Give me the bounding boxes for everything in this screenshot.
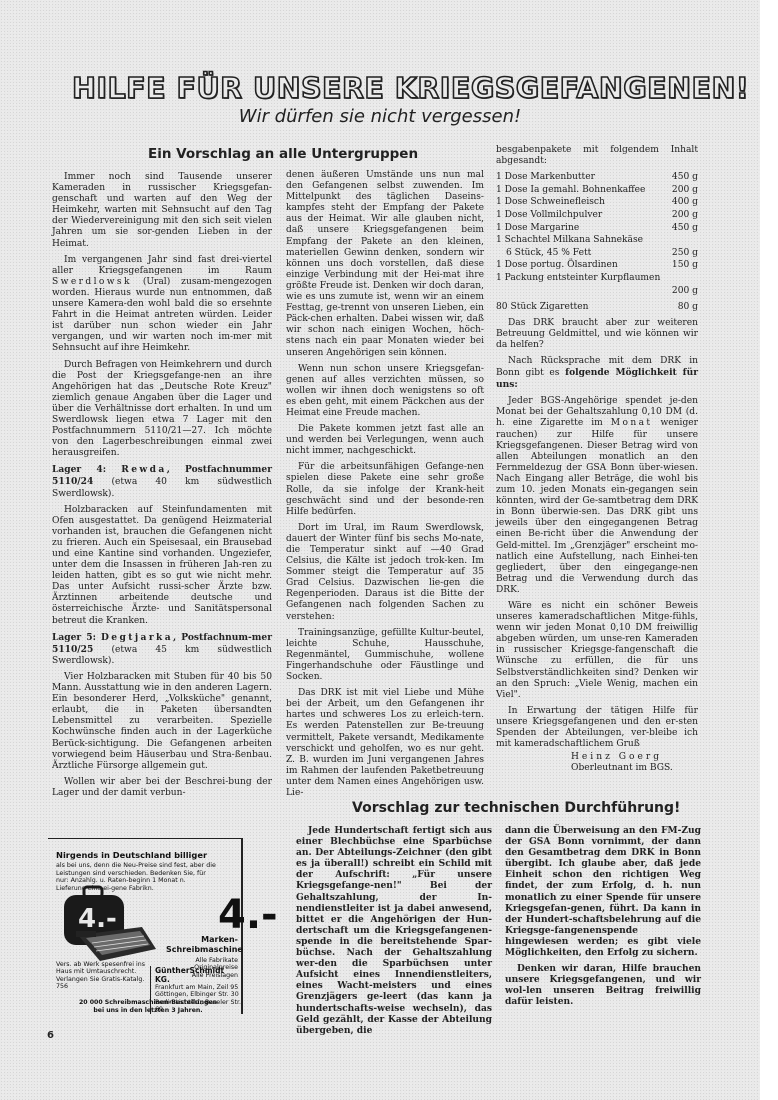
paragraph: Das DRK braucht aber zur weiteren Betreu… bbox=[496, 318, 698, 351]
section-title-proposal: Ein Vorschlag an alle Untergruppen bbox=[148, 146, 418, 162]
typewriter-advertisement: Nirgends in Deutschland billiger als bei… bbox=[48, 838, 243, 1014]
list-item: 80 Stück Zigaretten80 g bbox=[496, 302, 698, 313]
paragraph: In Erwartung der tätigen Hilfe für unser… bbox=[496, 706, 698, 750]
page-number: 6 bbox=[47, 1030, 54, 1041]
list-item: 1 Dose portug. Ölsardinen150 g bbox=[496, 260, 698, 271]
ad-headline: Nirgends in Deutschland billiger bbox=[56, 850, 207, 860]
paragraph: Dort im Ural, im Raum Swerdlowsk, dauert… bbox=[286, 523, 484, 623]
list-item: 1 Dose Vollmilchpulver200 g bbox=[496, 210, 698, 221]
typewriter-case-icon: 4.- bbox=[56, 883, 168, 963]
ad-product: Marken-Schreibmaschine bbox=[166, 935, 238, 955]
section-title-technical: Vorschlag zur technischen Durchführung! bbox=[352, 800, 680, 816]
list-item: 1 Dose Margarine450 g bbox=[496, 223, 698, 234]
camp-heading-lager5: Lager 5: Degtjarka, Postfachnum-mer 5110… bbox=[52, 632, 272, 667]
paragraph: Denken wir daran, Hilfe brauchen unsere … bbox=[505, 963, 701, 1007]
paragraph: Das DRK ist mit viel Liebe und Mühe bei … bbox=[286, 688, 484, 799]
package-contents-list: 1 Dose Markenbutter450 g 1 Dose Ia gemah… bbox=[496, 172, 698, 313]
list-item: 200 g bbox=[496, 286, 698, 297]
technical-column-2: dann die Überweisung an den FM-Zug der G… bbox=[505, 825, 701, 1013]
paragraph: Jeder BGS-Angehörige spendet je-den Mona… bbox=[496, 396, 698, 596]
svg-text:4.-: 4.- bbox=[78, 904, 117, 934]
signature-name: Heinz Goerg bbox=[571, 752, 698, 763]
ad-address: Frankfurt am Main, Zeil 95 bbox=[155, 984, 241, 991]
technical-column-1: Jede Hundertschaft fertigt sich aus eine… bbox=[296, 825, 492, 1041]
page-headline: HILFE FÜR UNSERE KRIEGSGEFANGENEN! bbox=[72, 72, 722, 105]
paragraph: dann die Überweisung an den FM-Zug der G… bbox=[505, 825, 701, 958]
paragraph: Wäre es nicht ein schöner Beweis unseres… bbox=[496, 601, 698, 701]
ad-company-name: GüntherSchmidt KG. bbox=[155, 966, 241, 984]
paragraph: Holzbaracken auf Steinfundamenten mit Of… bbox=[52, 505, 272, 627]
paragraph: Nach Rücksprache mit dem DRK in Bonn gib… bbox=[496, 356, 698, 391]
ad-shipping: Vers. ab Werk spesenfrei ins Haus mit Um… bbox=[56, 961, 148, 991]
ad-address: Göttingen, Elbinger Str. 30 bbox=[155, 991, 241, 998]
article-column-1: Immer noch sind Tausende unserer Kamerad… bbox=[52, 172, 272, 804]
list-item: 6 Stück, 45 % Fett250 g bbox=[496, 248, 698, 259]
list-item: 1 Packung entsteinter Kurpflaumen bbox=[496, 273, 698, 284]
ad-footer: 20 000 Schreibmaschinen-Bestellungen bei… bbox=[58, 999, 238, 1014]
article-column-2: denen äußeren Umstände uns nun mal den G… bbox=[286, 170, 484, 804]
ad-price: 4.- bbox=[218, 895, 278, 935]
page-subheadline: Wir dürfen sie nicht vergessen! bbox=[220, 106, 540, 127]
paragraph: Wollen wir aber bei der Beschrei-bung de… bbox=[52, 777, 272, 799]
paragraph: Immer noch sind Tausende unserer Kamerad… bbox=[52, 172, 272, 250]
paragraph: Vier Holzbaracken mit Stuben für 40 bis … bbox=[52, 672, 272, 772]
paragraph: Durch Befragen von Heimkehrern und durch… bbox=[52, 360, 272, 460]
paragraph: Für die arbeitsunfähigen Gefange-nen spi… bbox=[286, 462, 484, 517]
list-item: 1 Dose Markenbutter450 g bbox=[496, 172, 698, 183]
camp-heading-lager4: Lager 4: Rewda, Postfachnummer 5110/24 (… bbox=[52, 464, 272, 499]
paragraph: Wenn nun schon unsere Kriegsgefan-genen … bbox=[286, 364, 484, 419]
list-item: 1 Schachtel Milkana Sahnekäse bbox=[496, 235, 698, 246]
paragraph: denen äußeren Umstände uns nun mal den G… bbox=[286, 170, 484, 359]
list-item: 1 Dose Schweinefleisch400 g bbox=[496, 197, 698, 208]
paragraph: Die Pakete kommen jetzt fast alle an und… bbox=[286, 424, 484, 457]
page: HILFE FÜR UNSERE KRIEGSGEFANGENEN! Wir d… bbox=[0, 0, 760, 1100]
paragraph: Trainingsanzüge, gefüllte Kultur-beutel,… bbox=[286, 628, 484, 683]
article-column-3: besgabenpakete mit folgendem Inhalt abge… bbox=[496, 145, 698, 774]
paragraph: Jede Hundertschaft fertigt sich aus eine… bbox=[296, 825, 492, 1036]
list-item: 1 Dose Ia gemahl. Bohnenkaffee200 g bbox=[496, 185, 698, 196]
paragraph: Im vergangenen Jahr sind fast drei-viert… bbox=[52, 255, 272, 355]
paragraph: besgabenpakete mit folgendem Inhalt abge… bbox=[496, 145, 698, 167]
signature-rank: Oberleutnant im BGS. bbox=[571, 763, 698, 774]
